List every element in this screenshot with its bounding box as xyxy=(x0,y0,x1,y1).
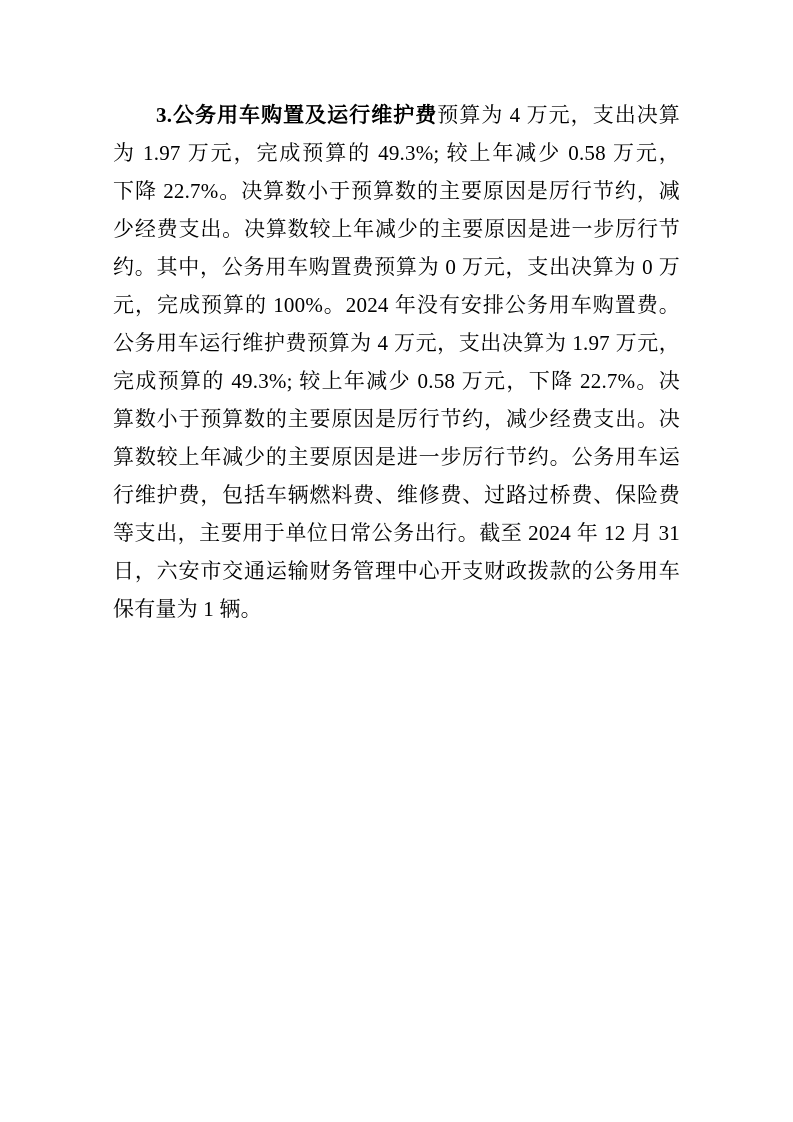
paragraph-line: 算数小于预算数的主要原因是厉行节约，减少经费支出。决 xyxy=(113,400,680,438)
paragraph-line: 少经费支出。决算数较上年减少的主要原因是进一步厉行节 xyxy=(113,210,680,248)
paragraph-line: 下降 22.7%。决算数小于预算数的主要原因是厉行节约，减 xyxy=(113,172,680,210)
paragraph-block: 3.公务用车购置及运行维护费预算为 4 万元，支出决算 为 1.97 万元，完成… xyxy=(113,96,680,628)
section-heading: 3.公务用车购置及运行维护费 xyxy=(156,103,437,127)
paragraph-line: 元，完成预算的 100%。2024 年没有安排公务用车购置费。 xyxy=(113,286,680,324)
paragraph-line: 为 1.97 万元，完成预算的 49.3%; 较上年减少 0.58 万元， xyxy=(113,134,680,172)
paragraph-line: 算数较上年减少的主要原因是进一步厉行节约。公务用车运 xyxy=(113,438,680,476)
document-page: 3.公务用车购置及运行维护费预算为 4 万元，支出决算 为 1.97 万元，完成… xyxy=(0,0,793,1122)
paragraph-text: 预算为 4 万元，支出决算 xyxy=(437,103,680,127)
paragraph-line: 完成预算的 49.3%; 较上年减少 0.58 万元，下降 22.7%。决 xyxy=(113,362,680,400)
paragraph-line: 日，六安市交通运输财务管理中心开支财政拨款的公务用车 xyxy=(113,552,680,590)
paragraph-line: 行维护费，包括车辆燃料费、维修费、过路过桥费、保险费 xyxy=(113,476,680,514)
paragraph-line: 约。其中，公务用车购置费预算为 0 万元，支出决算为 0 万 xyxy=(113,248,680,286)
paragraph-line: 公务用车运行维护费预算为 4 万元，支出决算为 1.97 万元， xyxy=(113,324,680,362)
paragraph-line: 等支出，主要用于单位日常公务出行。截至 2024 年 12 月 31 xyxy=(113,514,680,552)
paragraph-line: 3.公务用车购置及运行维护费预算为 4 万元，支出决算 xyxy=(113,96,680,134)
paragraph-line: 保有量为 1 辆。 xyxy=(113,590,680,628)
